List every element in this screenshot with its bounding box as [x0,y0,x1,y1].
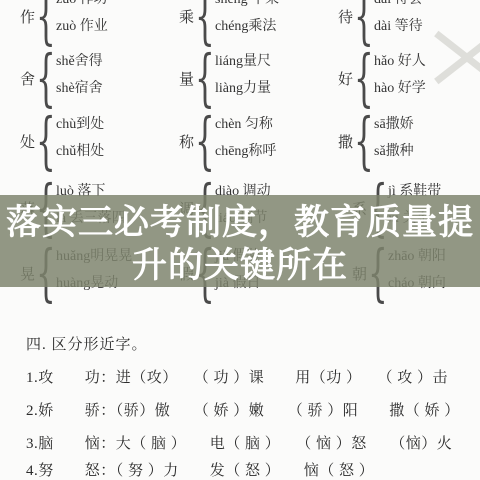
polyphonic-group-chu: 处 { chù到处 chǔ相处 [20,116,170,172]
hanzi-character: 称 [179,134,194,152]
polyphonic-group-cheng: 乘 { shèng 千乘 chéng乘法 [179,0,329,47]
brace-icon: { [36,45,56,111]
hanzi-character: 舍 [20,71,35,89]
pinyin-word-line: shě舍得 [56,53,103,71]
polyphonic-group-zuo: 作 { zuō 作坊 zuò 作业 [20,0,170,47]
banner-title-line2: 升的关键所在 [132,244,348,287]
banner-title-line1: 落实三必考制度，教育质量提 [6,201,474,244]
hanzi-character: 待 [338,9,353,27]
pinyin-word-line: chēng称呼 [215,143,276,161]
pinyin-word-line: shèng 千乘 [215,0,279,9]
hanzi-character: 处 [20,134,35,152]
pinyin-word-line: zuō 作坊 [56,0,108,9]
pinyin-word-line: sǎ撒种 [374,143,414,161]
pinyin-word-line: liáng量尺 [215,53,271,71]
hanzi-character: 好 [338,71,353,89]
exercise-item-3: 3.脑 恼：大（ 脑 ） 电（ 脑 ） （ 恼 ）怒 （恼）火 [26,435,452,453]
polyphonic-group-she: 舍 { shě舍得 shè宿舍 [20,53,170,109]
pinyin-word-line: zuò 作业 [56,18,108,36]
hanzi-character: 量 [179,71,194,89]
hanzi-character: 乘 [179,9,194,27]
pinyin-word-line: liàng力量 [215,80,271,98]
brace-icon: { [354,108,374,174]
pinyin-word-line: chèn 匀称 [215,116,273,134]
brace-icon: { [36,108,56,174]
hanzi-character: 撒 [338,134,353,152]
brace-icon: { [354,45,374,111]
pinyin-word-line: shè宿舍 [56,80,103,98]
pinyin-word-line: hào 好学 [374,80,426,98]
hanzi-character: 作 [20,9,35,27]
exercise-item-1: 1.攻 功：进（攻） （ 功 ）课 用（功 ） （ 攻 ）击 [26,369,448,387]
pinyin-word-line: dài 等待 [374,18,423,36]
brace-icon: { [195,45,215,111]
pinyin-word-line: chǔ相处 [56,143,104,161]
polyphonic-group-sa: 撒 { sā撒娇 sǎ撒种 [338,116,480,172]
section-heading: 四. 区分形近字。 [26,336,148,354]
pinyin-word-line: chéng乘法 [215,18,276,36]
pinyin-word-line: chù到处 [56,116,104,134]
pinyin-word-line: hǎo 好人 [374,53,426,71]
exercise-item-2: 2.娇 骄：（骄）傲 （ 娇 ）嫩 （ 骄 ）阳 撒（ 娇 ） [26,402,460,420]
x-watermark-icon [428,28,480,88]
exercise-item-4: 4.努 怒：（ 努 ）力 发（ 怒 ） 恼（ 怒 ） [26,462,374,480]
polyphonic-group-liang: 量 { liáng量尺 liàng力量 [179,53,329,109]
polyphonic-group-chen: 称 { chèn 匀称 chēng称呼 [179,116,329,172]
brace-icon: { [195,108,215,174]
pinyin-word-line: sā撒娇 [374,116,414,134]
worksheet-page: 作 { zuō 作坊 zuò 作业 乘 { shèng 千乘 chéng乘法 待… [0,0,480,480]
banner-overlay: 落实三必考制度，教育质量提 升的关键所在 [0,195,480,287]
pinyin-word-line: dāi 待会 [374,0,423,9]
